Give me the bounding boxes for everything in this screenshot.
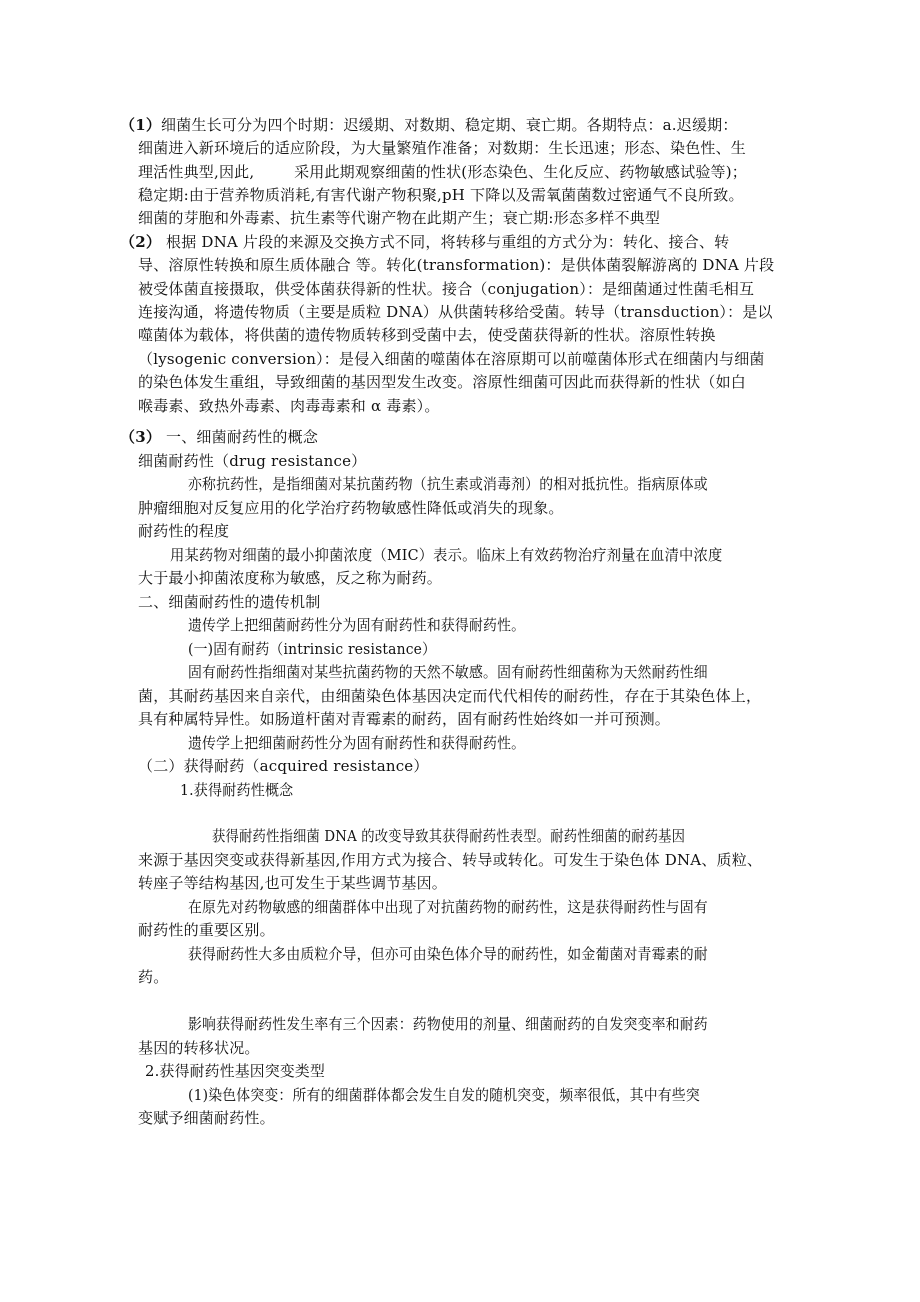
line-text: 连接沟通，将遗传物质（主要是质粒 DNA）从供菌转移给受菌。转导（transdu… bbox=[138, 303, 773, 321]
text-line: 药。 bbox=[138, 966, 798, 988]
item-number: （1） bbox=[120, 116, 161, 134]
text-line: 的染色体发生重组，导致细菌的基因型发生改变。溶原性细菌可因此而获得新的性状（如白 bbox=[138, 371, 798, 393]
line-text: 基因的转移状况。 bbox=[138, 1039, 260, 1057]
document-page: （1）细菌生长可分为四个时期：迟缓期、对数期、稳定期、衰亡期。各期特点：a.迟缓… bbox=[0, 0, 920, 1302]
line-text: 肿瘤细胞对反复应用的化学治疗药物敏感性降低或消失的现象。 bbox=[138, 499, 564, 517]
line-text: 固有耐药性指细菌对某些抗菌药物的天然不敏感。固有耐药性细菌称为天然耐药性细 bbox=[188, 663, 708, 681]
line-text: 2.获得耐药性基因突变类型 bbox=[145, 1062, 325, 1080]
text-line: （2） 根据 DNA 片段的来源及交换方式不同，将转移与重组的方式分为：转化、接… bbox=[120, 231, 780, 253]
line-text: 理活性典型,因此, 采用此期观察细菌的性状(形态染色、生化反应、药物敏感试验等)… bbox=[138, 163, 747, 181]
line-text: 大于最小抑菌浓度称为敏感，反之称为耐药。 bbox=[138, 569, 442, 587]
text-line: 具有种属特异性。如肠道杆菌对青霉素的耐药，固有耐药性始终如一并可预测。 bbox=[138, 708, 798, 730]
text-line: 导、溶原性转换和原生质体融合 等。转化(transformation)：是供体菌… bbox=[138, 254, 798, 276]
line-text: 细菌耐药性（drug resistance） bbox=[138, 452, 366, 470]
line-text: 的染色体发生重组，导致细菌的基因型发生改变。溶原性细菌可因此而获得新的性状（如白 bbox=[138, 373, 746, 391]
line-text: 获得耐药性指细菌 DNA 的改变导致其获得耐药性表型。耐药性细菌的耐药基因 bbox=[212, 827, 685, 845]
text-line: 影响获得耐药性发生率有三个因素：药物使用的剂量、细菌耐药的自发突变率和耐药 bbox=[188, 1013, 798, 1035]
line-text: 变赋予细菌耐药性。 bbox=[138, 1109, 275, 1127]
text-line: 遗传学上把细菌耐药性分为固有耐药性和获得耐药性。 bbox=[188, 732, 798, 754]
line-text: (一)固有耐药（intrinsic resistance） bbox=[188, 640, 436, 658]
text-line: 获得耐药性指细菌 DNA 的改变导致其获得耐药性表型。耐药性细菌的耐药基因 bbox=[212, 825, 798, 847]
text-line: （1）细菌生长可分为四个时期：迟缓期、对数期、稳定期、衰亡期。各期特点：a.迟缓… bbox=[120, 114, 780, 136]
line-text: 用某药物对细菌的最小抑菌浓度（MIC）表示。临床上有效药物治疗剂量在血清中浓度 bbox=[170, 546, 722, 564]
line-text: 具有种属特异性。如肠道杆菌对青霉素的耐药，固有耐药性始终如一并可预测。 bbox=[138, 710, 670, 728]
text-line: 在原先对药物敏感的细菌群体中出现了对抗菌药物的耐药性，这是获得耐药性与固有 bbox=[188, 896, 798, 918]
text-line: 肿瘤细胞对反复应用的化学治疗药物敏感性降低或消失的现象。 bbox=[138, 497, 798, 519]
line-text: 根据 DNA 片段的来源及交换方式不同，将转移与重组的方式分为：转化、接合、转 bbox=[161, 233, 729, 251]
text-line: 遗传学上把细菌耐药性分为固有耐药性和获得耐药性。 bbox=[188, 614, 798, 636]
text-line: 来源于基因突变或获得新基因,作用方式为接合、转导或转化。可发生于染色体 DNA、… bbox=[138, 849, 798, 871]
text-line: 用某药物对细菌的最小抑菌浓度（MIC）表示。临床上有效药物治疗剂量在血清中浓度 bbox=[170, 544, 798, 566]
line-text: 喉毒素、致热外毒素、肉毒毒素和 α 毒素）。 bbox=[138, 397, 440, 415]
text-line: 细菌进入新环境后的适应阶段，为大量繁殖作准备；对数期：生长迅速；形态、染色性、生 bbox=[138, 137, 798, 159]
line-text: 来源于基因突变或获得新基因,作用方式为接合、转导或转化。可发生于染色体 DNA、… bbox=[138, 851, 762, 869]
text-line: 亦称抗药性，是指细菌对某抗菌药物（抗生素或消毒剂）的相对抵抗性。指病原体或 bbox=[188, 473, 798, 495]
line-text: 细菌的芽胞和外毒素、抗生素等代谢产物在此期产生；衰亡期:形态多样不典型 bbox=[138, 209, 660, 227]
text-line: 喉毒素、致热外毒素、肉毒毒素和 α 毒素）。 bbox=[138, 395, 798, 417]
line-text: 在原先对药物敏感的细菌群体中出现了对抗菌药物的耐药性，这是获得耐药性与固有 bbox=[188, 898, 708, 916]
line-text: 亦称抗药性，是指细菌对某抗菌药物（抗生素或消毒剂）的相对抵抗性。指病原体或 bbox=[188, 475, 708, 493]
line-text: 耐药性的重要区别。 bbox=[138, 921, 275, 939]
text-line: 理活性典型,因此, 采用此期观察细菌的性状(形态染色、生化反应、药物敏感试验等)… bbox=[138, 161, 798, 183]
line-text: （lysogenic conversion）：是侵入细菌的噬菌体在溶原期可以前噬… bbox=[138, 350, 765, 368]
text-line: 固有耐药性指细菌对某些抗菌药物的天然不敏感。固有耐药性细菌称为天然耐药性细 bbox=[188, 661, 798, 683]
line-text: 细菌进入新环境后的适应阶段，为大量繁殖作准备；对数期：生长迅速；形态、染色性、生 bbox=[138, 139, 746, 157]
line-text: 遗传学上把细菌耐药性分为固有耐药性和获得耐药性。 bbox=[188, 734, 525, 752]
text-line: （lysogenic conversion）：是侵入细菌的噬菌体在溶原期可以前噬… bbox=[138, 348, 798, 370]
item-number: （2） bbox=[120, 233, 161, 251]
line-text: 二、细菌耐药性的遗传机制 bbox=[138, 593, 320, 611]
text-line: 连接沟通，将遗传物质（主要是质粒 DNA）从供菌转移给受菌。转导（transdu… bbox=[138, 301, 798, 323]
line-text: 耐药性的程度 bbox=[138, 522, 229, 540]
line-text: 1.获得耐药性概念 bbox=[180, 781, 293, 799]
text-line: 二、细菌耐药性的遗传机制 bbox=[138, 591, 798, 613]
text-line: 基因的转移状况。 bbox=[138, 1037, 798, 1059]
text-line: 稳定期:由于营养物质消耗,有害代谢产物积聚,pH 下降以及需氧菌菌数过密通气不良… bbox=[138, 184, 798, 206]
line-text: 噬菌体为载体，将供菌的遗传物质转移到受菌中去，使受菌获得新的性状。溶原性转换 bbox=[138, 326, 716, 344]
text-line: (1)染色体突变：所有的细菌群体都会发生自发的随机突变，频率很低，其中有些突 bbox=[188, 1084, 798, 1106]
line-text: 遗传学上把细菌耐药性分为固有耐药性和获得耐药性。 bbox=[188, 616, 525, 634]
line-text: 获得耐药性大多由质粒介导，但亦可由染色体介导的耐药性，如金葡菌对青霉素的耐 bbox=[188, 945, 708, 963]
line-text: 细菌生长可分为四个时期：迟缓期、对数期、稳定期、衰亡期。各期特点：a.迟缓期： bbox=[161, 116, 738, 134]
line-text: （二）获得耐药（acquired resistance） bbox=[138, 757, 429, 775]
line-text: 菌，其耐药基因来自亲代，由细菌染色体基因决定而代代相传的耐药性，存在于其染色体上… bbox=[138, 687, 761, 705]
text-line: 2.获得耐药性基因突变类型 bbox=[145, 1060, 798, 1082]
text-line: 细菌耐药性（drug resistance） bbox=[138, 450, 798, 472]
line-text: (1)染色体突变：所有的细菌群体都会发生自发的随机突变，频率很低，其中有些突 bbox=[188, 1086, 700, 1104]
text-line: 1.获得耐药性概念 bbox=[180, 779, 798, 801]
text-line: 噬菌体为载体，将供菌的遗传物质转移到受菌中去，使受菌获得新的性状。溶原性转换 bbox=[138, 324, 798, 346]
text-line: 耐药性的程度 bbox=[138, 520, 798, 542]
text-line: 获得耐药性大多由质粒介导，但亦可由染色体介导的耐药性，如金葡菌对青霉素的耐 bbox=[188, 943, 798, 965]
line-text: 被受体菌直接摄取，供受体菌获得新的性状。接合（conjugation）：是细菌通… bbox=[138, 280, 754, 298]
text-line: 被受体菌直接摄取，供受体菌获得新的性状。接合（conjugation）：是细菌通… bbox=[138, 278, 798, 300]
line-text: 药。 bbox=[138, 968, 168, 986]
text-line: 耐药性的重要区别。 bbox=[138, 919, 798, 941]
item-number: （3） bbox=[120, 428, 161, 446]
line-text: 影响获得耐药性发生率有三个因素：药物使用的剂量、细菌耐药的自发突变率和耐药 bbox=[188, 1015, 708, 1033]
text-line: （二）获得耐药（acquired resistance） bbox=[138, 755, 798, 777]
text-line: 细菌的芽胞和外毒素、抗生素等代谢产物在此期产生；衰亡期:形态多样不典型 bbox=[138, 207, 798, 229]
text-line: 变赋予细菌耐药性。 bbox=[138, 1107, 798, 1129]
text-line: 转座子等结构基因,也可发生于某些调节基因。 bbox=[138, 872, 798, 894]
text-line: (一)固有耐药（intrinsic resistance） bbox=[188, 638, 798, 660]
line-text: 转座子等结构基因,也可发生于某些调节基因。 bbox=[138, 874, 447, 892]
line-text: 一、细菌耐药性的概念 bbox=[161, 428, 318, 446]
text-line: （3） 一、细菌耐药性的概念 bbox=[120, 426, 780, 448]
line-text: 稳定期:由于营养物质消耗,有害代谢产物积聚,pH 下降以及需氧菌菌数过密通气不良… bbox=[138, 186, 744, 204]
text-line: 大于最小抑菌浓度称为敏感，反之称为耐药。 bbox=[138, 567, 798, 589]
text-line: 菌，其耐药基因来自亲代，由细菌染色体基因决定而代代相传的耐药性，存在于其染色体上… bbox=[138, 685, 798, 707]
line-text: 导、溶原性转换和原生质体融合 等。转化(transformation)：是供体菌… bbox=[138, 256, 774, 274]
